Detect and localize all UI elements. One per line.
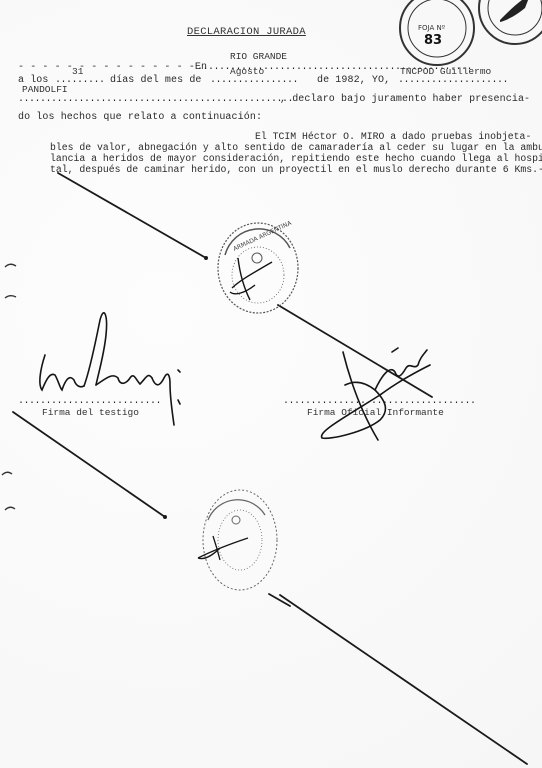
folio-stamp: FOJA Nº 83 bbox=[400, 0, 474, 65]
officer-signature bbox=[322, 348, 430, 440]
cancellation-lines bbox=[13, 173, 527, 764]
svg-text:FOJA Nº: FOJA Nº bbox=[418, 24, 445, 32]
document-graphics: ARMADA ARGENTINA FOJA Nº 83 bbox=[0, 0, 542, 768]
margin-marks bbox=[2, 264, 16, 510]
scanned-document-page: DECLARACION JURADA - - - - - - - - - - -… bbox=[0, 0, 542, 768]
witness-signature bbox=[40, 313, 180, 425]
svg-text:ARMADA ARGENTINA: ARMADA ARGENTINA bbox=[232, 219, 293, 252]
stamp-1-initials bbox=[230, 258, 272, 300]
navy-stamp-1: ARMADA ARGENTINA bbox=[218, 219, 298, 313]
battalion-stamp bbox=[479, 0, 542, 44]
svg-text:83: 83 bbox=[424, 33, 442, 48]
